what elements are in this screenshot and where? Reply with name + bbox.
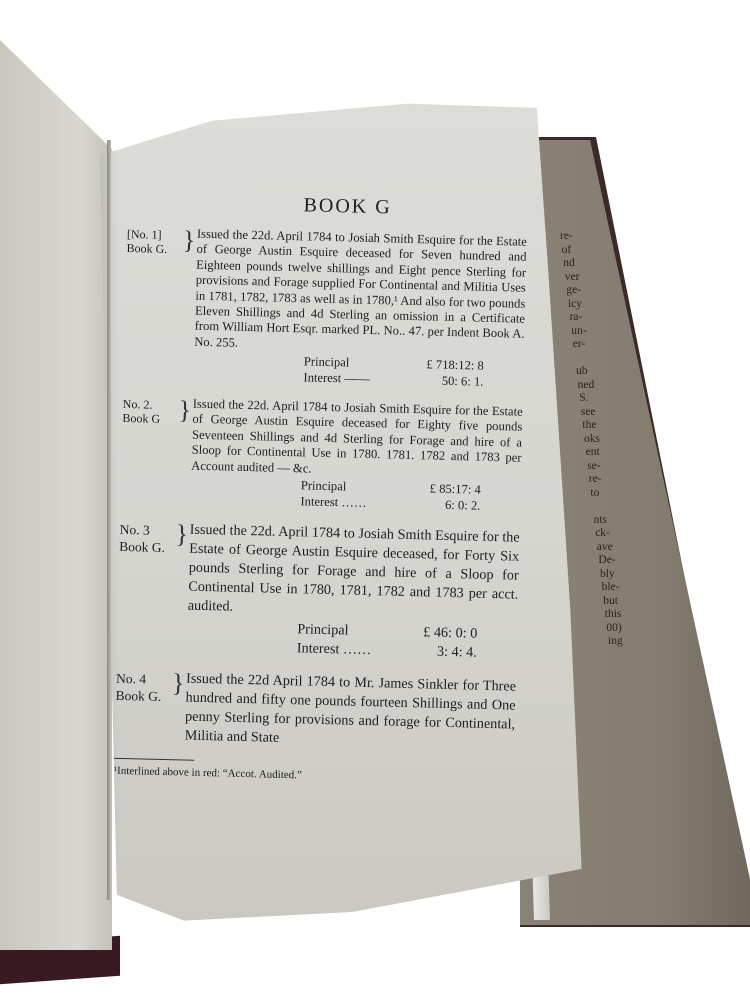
entry-label: [No. 1] Book G. }: [123, 225, 197, 383]
back-page-fragment: this: [560, 608, 680, 622]
back-page-fragment: re-: [560, 230, 680, 244]
interest-label: Interest ……: [297, 639, 387, 660]
back-page-fragment: ble-: [560, 581, 680, 595]
brace-icon: }: [182, 226, 195, 254]
entry-label: No. 4 Book G. }: [114, 668, 186, 746]
ledger-entry-3: No. 3 Book G. } Issued the 22d. April 17…: [117, 519, 520, 664]
back-page-fragment: see: [560, 406, 680, 420]
interest-label: Interest ——: [303, 370, 393, 388]
back-page-fragment: ver: [560, 271, 680, 285]
back-page-fragment: the: [560, 419, 680, 433]
entry-label: No. 3 Book G. }: [117, 519, 190, 656]
back-page-fragment: bly: [560, 568, 680, 582]
entry-amounts: Principal£ 46: 0: 0 Interest ……3: 4: 4.: [297, 620, 518, 663]
back-page-fragment: but: [560, 595, 680, 609]
back-page-fragment: nts: [560, 514, 680, 528]
footnote-divider: [114, 758, 194, 761]
back-page-fragment: un-: [560, 325, 680, 339]
back-page-fragment: nd: [560, 257, 680, 271]
back-page-fragment: er-: [560, 338, 680, 352]
back-page-fragment: [560, 352, 680, 366]
interest-label: Interest ……: [300, 494, 390, 512]
principal-value: £ 46: 0: 0: [387, 622, 477, 643]
entry-text: Issued the 22d. April 1784 to Josiah Smi…: [188, 521, 520, 624]
entry-text: Issued the 22d April 1784 to Mr. James S…: [184, 669, 516, 753]
back-page-text: re-ofndverge-icyra-un-er- ubnedS.seetheo…: [560, 230, 680, 649]
back-page-fragment: oks: [560, 433, 680, 447]
back-page-fragment: se-: [560, 460, 680, 474]
back-page-fragment: ave: [560, 541, 680, 555]
ledger-entry-1: [No. 1] Book G. } Issued the 22d. April …: [123, 225, 527, 391]
back-page-fragment: ck-: [560, 527, 680, 541]
back-page-fragment: 00): [560, 622, 680, 636]
entry-label: No. 2. Book G }: [120, 395, 193, 507]
back-page-fragment: De-: [560, 554, 680, 568]
back-page-fragment: ing: [560, 635, 680, 649]
back-page-fragment: S.: [560, 392, 680, 406]
entry-text: Issued the 22d. April 1784 to Josiah Smi…: [191, 397, 523, 482]
principal-label: Principal: [297, 620, 387, 641]
back-page-fragment: [560, 500, 680, 514]
entry-amounts: Principal£ 85:17: 4 Interest ……6: 0: 2.: [300, 478, 521, 514]
back-page-fragment: of: [560, 244, 680, 258]
entry-text: Issued the 22d. April 1784 to Josiah Smi…: [194, 227, 527, 358]
back-page-fragment: to: [560, 487, 680, 501]
interest-value: 50: 6: 1.: [393, 372, 483, 390]
back-page-fragment: ub: [560, 365, 680, 379]
book-gutter: [107, 140, 111, 900]
page-content: BOOK G [No. 1] Book G. } Issued the 22d.…: [114, 190, 528, 787]
back-page-fragment: ge-: [560, 284, 680, 298]
left-page: [0, 40, 112, 950]
back-page-fragment: re-: [560, 473, 680, 487]
ledger-entry-2: No. 2. Book G } Issued the 22d. April 17…: [120, 395, 523, 515]
ledger-entry-4: No. 4 Book G. } Issued the 22d April 178…: [114, 668, 516, 754]
brace-icon: }: [175, 520, 188, 548]
back-page-fragment: ra-: [560, 311, 680, 325]
back-page-fragment: ent: [560, 446, 680, 460]
back-page-fragment: ned: [560, 379, 680, 393]
brace-icon: }: [172, 669, 185, 697]
interest-value: 3: 4: 4.: [387, 641, 477, 662]
entry-amounts: Principal£ 718:12: 8 Interest ——50: 6: 1…: [303, 355, 524, 391]
brace-icon: }: [178, 396, 191, 424]
back-page-fragment: icy: [560, 298, 680, 312]
interest-value: 6: 0: 2.: [390, 496, 480, 514]
